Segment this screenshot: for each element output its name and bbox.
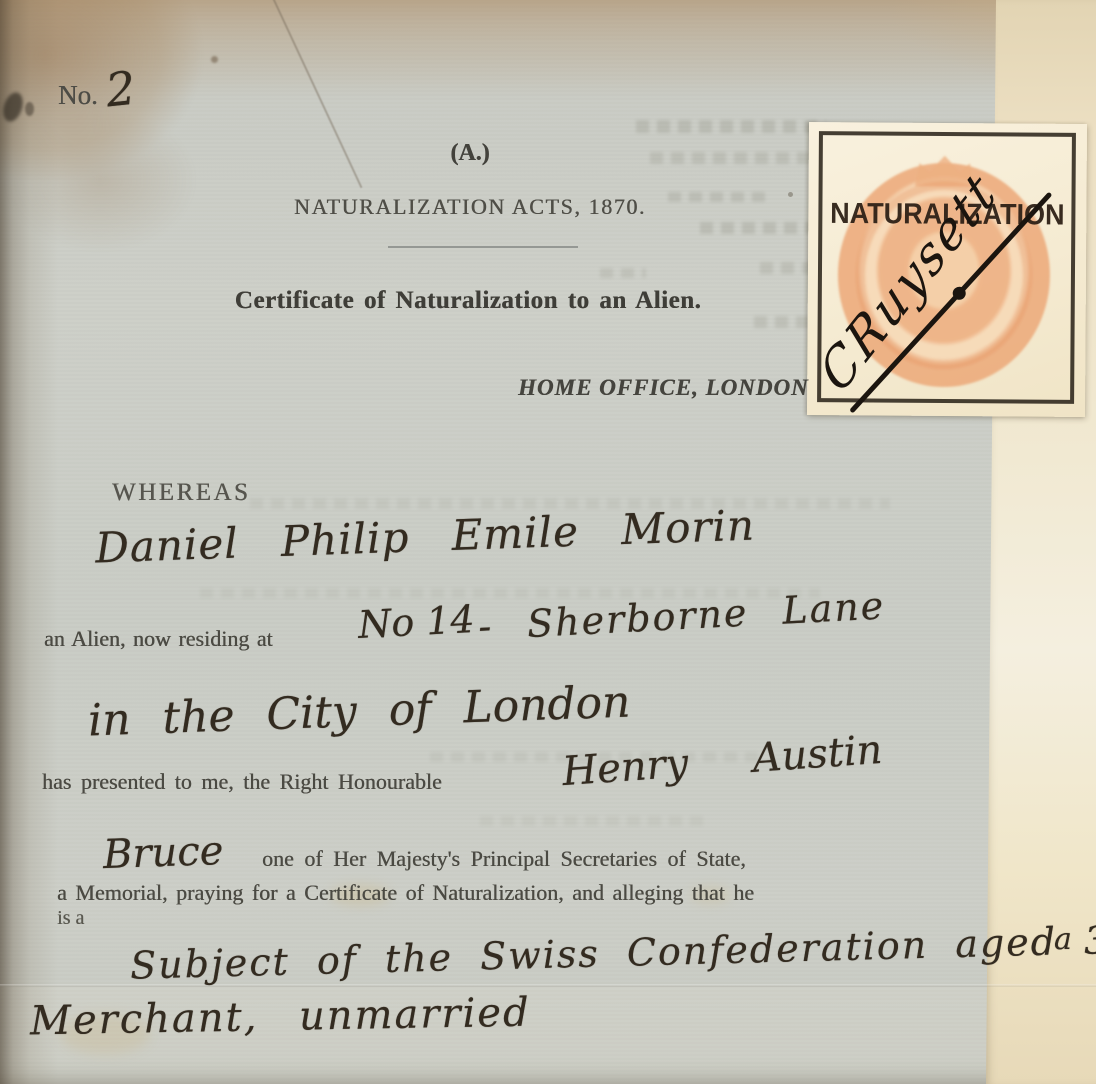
bleedthrough-patch — [480, 816, 710, 826]
title-rule — [388, 246, 578, 248]
ink-spot — [211, 56, 218, 63]
residence-number-handwriting: No 14 — [357, 597, 476, 647]
is-a-line: is a — [57, 907, 84, 930]
doc-number: No. — [58, 80, 98, 111]
presented-label: has presented to me, the Right Honourabl… — [42, 769, 442, 795]
ink-spot — [788, 192, 793, 197]
memorial-line: a Memorial, praying for a Certificate of… — [57, 880, 754, 906]
office-line: HOME OFFICE, LONDON — [518, 375, 809, 401]
secretary-surname-handwriting: Bruce — [102, 828, 224, 878]
residing-label: an Alien, now residing at — [44, 626, 273, 652]
bleedthrough-patch — [636, 120, 826, 133]
scanned-certificate-page: No. 2 (A.) NATURALIZATION ACTS, 1870. Ce… — [0, 0, 1096, 1084]
allegation-tail-handwriting: a — [1054, 922, 1072, 957]
naturalization-stamp: NATURALIZATION CRuysett — [807, 122, 1087, 417]
occupation-handwriting: Merchant, unmarried — [30, 990, 531, 1045]
bleedthrough-patch — [650, 152, 830, 164]
whereas-label: WHEREAS — [112, 479, 250, 507]
secretary-office-line: one of Her Majesty's Principal Secretari… — [262, 846, 746, 872]
certificate-title: Certificate of Naturalization to an Alie… — [148, 287, 788, 315]
acts-title: NATURALIZATION ACTS, 1870. — [250, 194, 690, 220]
doc-number-label: No. — [58, 80, 98, 110]
doc-number-value: 2 — [103, 61, 138, 118]
section-mark: (A.) — [420, 140, 520, 167]
ink-spot — [25, 102, 34, 116]
bleedthrough-patch — [600, 268, 646, 278]
left-page-edge-shadow — [0, 0, 60, 1084]
